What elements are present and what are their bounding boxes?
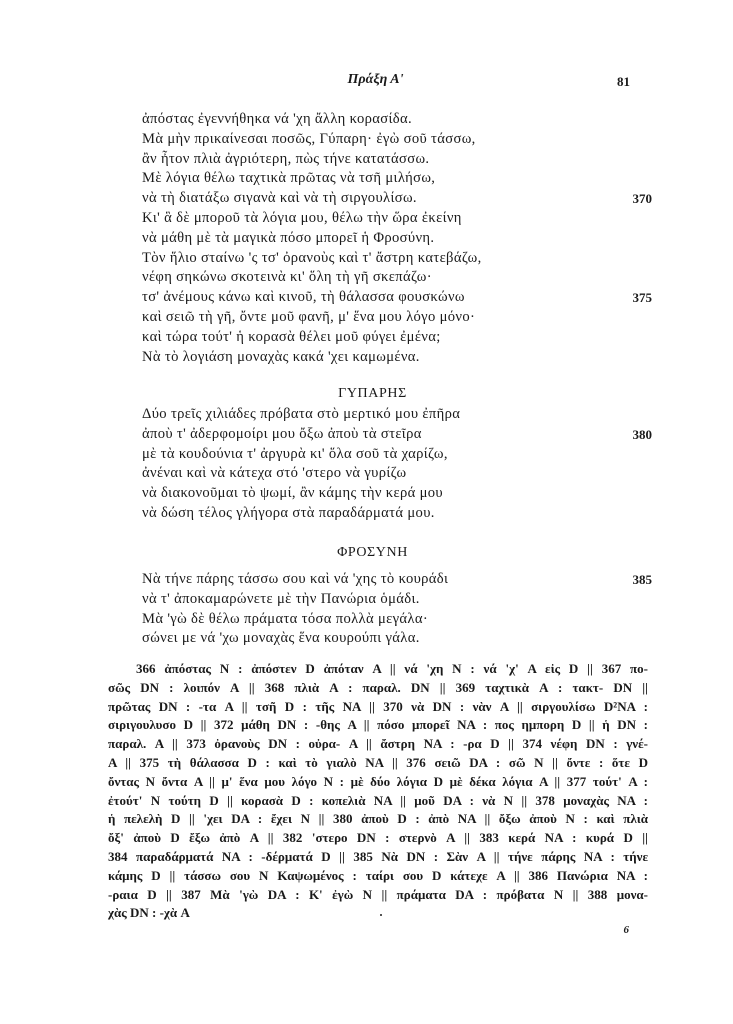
line-number: 385 — [633, 570, 653, 590]
verse-line: νὰ τ' ἀποκαμαρώνετε μὲ τὴν Πανώρια ὁμάδι… — [142, 590, 652, 610]
critical-apparatus: 366 ἀπόστας N : ἀπόστεν D ἀπόταν A || νά… — [108, 660, 648, 923]
verse-line: Μὲ λόγια θέλω ταχτικὰ πρῶτας νὰ τσῆ μιλή… — [142, 169, 652, 189]
verse-line: ἀνέναι καὶ νὰ κάτεχα στό 'στερο νὰ γυρίζ… — [142, 464, 652, 484]
verse-line: καὶ τώρα τούτ' ἡ κορασὰ θέλει μοῦ φύγει … — [142, 328, 652, 348]
apparatus-line: κάμης D || τάσσω σου N Καψωμένος : ταίρι… — [108, 867, 648, 886]
verse-line: Μὰ 'γὼ δὲ θέλω πράματα τόσα πολλὰ μεγάλα… — [142, 610, 652, 630]
apparatus-line: ἐτούτ' N τούτη D || κορασὰ D : κοπελιὰ N… — [108, 792, 648, 811]
verse-line: Δύο τρεῖς χιλιάδες πρόβατα στὸ μερτικό μ… — [142, 405, 652, 425]
line-number: 380 — [633, 425, 653, 445]
apparatus-line: ὄξ' ἀποὺ D ἔξω ἀπὸ A || 382 'στερο DN : … — [108, 829, 648, 848]
apparatus-line: πρῶτας DN : -τα A || τσῆ D : τῆς NA || 3… — [108, 698, 648, 717]
verse-line: νὰ τὴ διατάξω σιγανὰ καὶ νὰ τὴ σιργουλίσ… — [142, 189, 652, 209]
apparatus-line: ὄντας N ὄντα A || μ' ἕνα μου λόγο N : μὲ… — [108, 773, 648, 792]
apparatus-line: ἡ πελελὴ D || 'χει DA : ἔχει N || 380 ἀπ… — [108, 810, 648, 829]
verse-line: ἂν ἦτον πλιὰ ἀγριότερη, πὼς τήνε κατατάσ… — [142, 150, 652, 170]
speaker-heading-frosyni: ΦΡΟΣΥΝΗ — [0, 545, 733, 561]
verse-line: Τὸν ἥλιο σταίνω 'ς τσ' ὀρανοὺς καὶ τ' ἄσ… — [142, 249, 652, 269]
book-page: Πράξη Α' 81 ἀπόστας ἐγεννήθηκα νά 'χη ἄλ… — [0, 0, 733, 1024]
verse-line: τσ' ἀνέμους κάνω καὶ κινοῦ, τὴ θάλασσα φ… — [142, 288, 652, 308]
line-number: 375 — [633, 288, 653, 308]
verse-block-3: Νὰ τήνε πάρης τάσσω σου καὶ νά 'χης τὸ κ… — [142, 570, 652, 649]
apparatus-line: σῶς DN : λοιπόν A || 368 πλιὰ A : παραλ.… — [108, 679, 648, 698]
apparatus-line: -ραια D || 387 Μὰ 'γὼ DA : Κ' ἐγὼ N || π… — [108, 886, 648, 905]
verse-line: νέφη σηκώνω σκοτεινὰ κι' ὅλη τὴ γῆ σκεπά… — [142, 268, 652, 288]
verse-line: ἀποὺ τ' ἀδερφομοίρι μου ὄξω ἀποὺ τὰ στεῖ… — [142, 425, 652, 445]
apparatus-line: χὰς DN : -χὰ A — [108, 904, 648, 923]
verse-line: Μὰ μὴν πρικαίνεσαι ποσῶς, Γύπαρη· ἐγὼ σο… — [142, 130, 652, 150]
apparatus-line: 366 ἀπόστας N : ἀπόστεν D ἀπόταν A || νά… — [108, 660, 648, 679]
apparatus-line: παραλ. A || 373 ὀρανοὺς DN : οὐρα- A || … — [108, 735, 648, 754]
line-number: 370 — [633, 189, 653, 209]
verse-block-1: ἀπόστας ἐγεννήθηκα νά 'χη ἄλλη κορασίδα.… — [142, 110, 652, 367]
printer-dot — [380, 914, 382, 916]
verse-line: καὶ σειῶ τὴ γῆ, ὄντε μοῦ φανῆ, μ' ἕνα μο… — [142, 308, 652, 328]
verse-line: Νὰ τήνε πάρης τάσσω σου καὶ νά 'χης τὸ κ… — [142, 570, 652, 590]
page-number: 81 — [617, 74, 630, 90]
signature-mark: 6 — [624, 924, 630, 936]
apparatus-line: σιριγουλυσο D || 372 μάθη DN : -θης A ||… — [108, 716, 648, 735]
apparatus-line: 384 παραδάρματά NA : -δέρματά D || 385 Ν… — [108, 848, 648, 867]
verse-line: Νὰ τὸ λογιάση μοναχὰς κακά 'χει καμωμένα… — [142, 348, 652, 368]
verse-line: ἀπόστας ἐγεννήθηκα νά 'χη ἄλλη κορασίδα. — [142, 110, 652, 130]
verse-line: Κι' ἃ δὲ μποροῦ τὰ λόγια μου, θέλω τὴν ὥ… — [142, 209, 652, 229]
verse-line: σώνει με νά 'χω μοναχὰς ἕνα κουρούπι γάλ… — [142, 629, 652, 649]
apparatus-line: A || 375 τὴ θάλασσα D : καὶ τὸ γιαλὸ NA … — [108, 754, 648, 773]
running-head: Πράξη Α' 81 — [0, 72, 733, 92]
speaker-heading-gyparis: ΓΥΠΑΡΗΣ — [0, 386, 733, 402]
verse-line: μὲ τὰ κουδούνια τ' ἀργυρὰ κι' ὅλα σοῦ τὰ… — [142, 445, 652, 465]
verse-line: νὰ δώση τέλος γλήγορα στὰ παραδάρματά μο… — [142, 504, 652, 524]
verse-line: νὰ μάθη μὲ τὰ μαγικὰ πόσο μπορεῖ ἡ Φροσύ… — [142, 229, 652, 249]
verse-line: νὰ διακονοῦμαι τὸ ψωμί, ἂν κάμης τὴν κερ… — [142, 484, 652, 504]
verse-block-2: Δύο τρεῖς χιλιάδες πρόβατα στὸ μερτικό μ… — [142, 405, 652, 524]
